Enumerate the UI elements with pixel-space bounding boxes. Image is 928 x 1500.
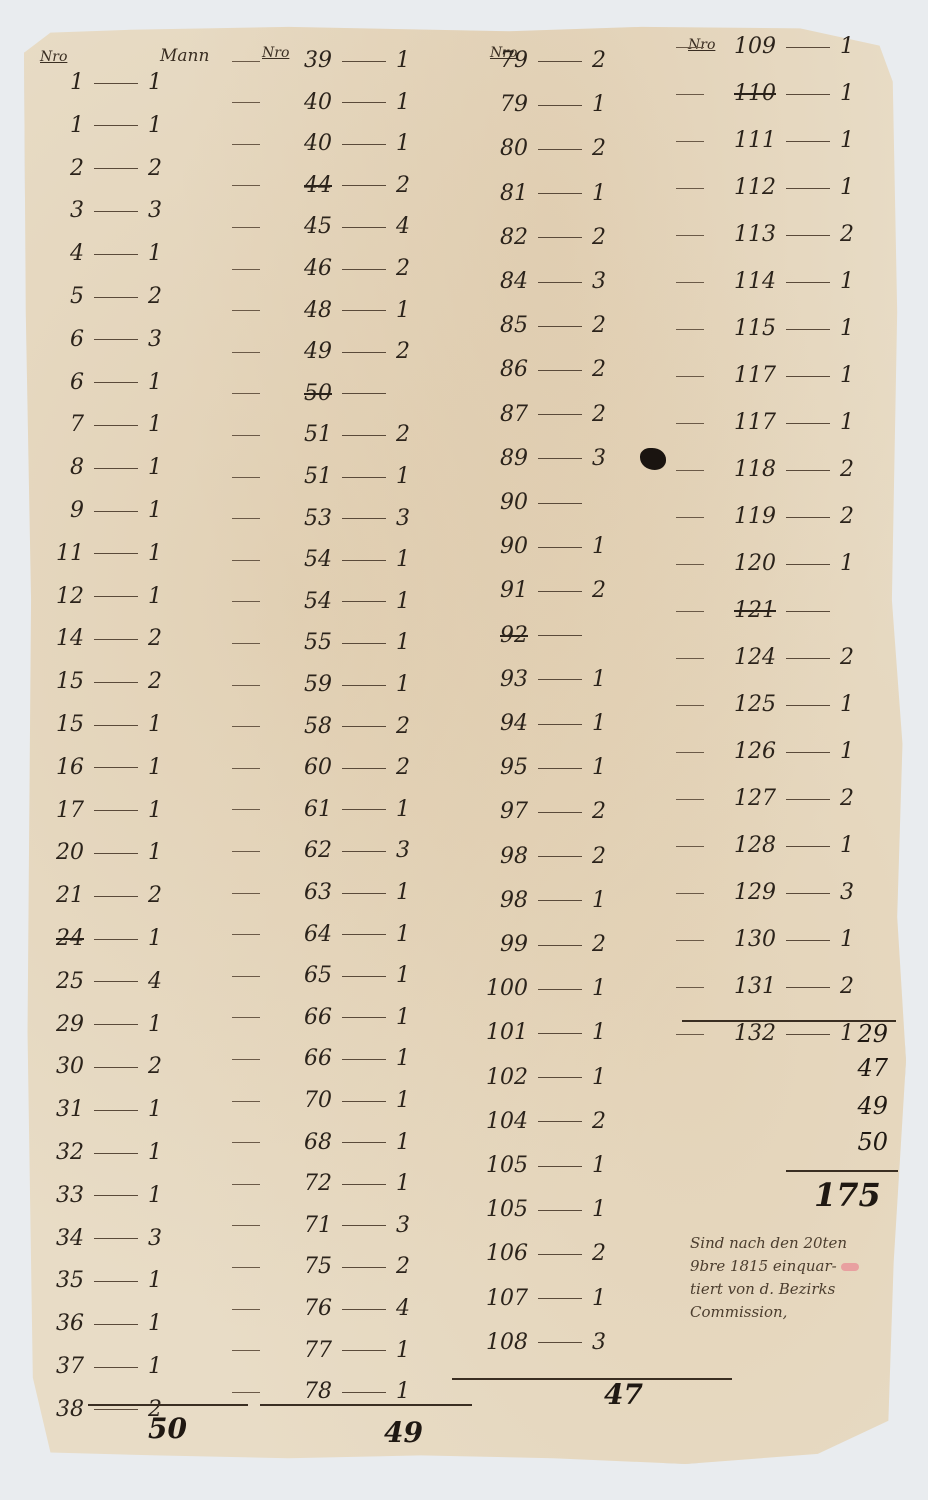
separator-dash bbox=[342, 61, 386, 62]
ledger-entry: 351 bbox=[20, 1268, 170, 1293]
note-line-3: tiert von d. Bezirks bbox=[690, 1278, 900, 1301]
ledger-entry: 1051 bbox=[464, 1153, 614, 1178]
leader-dash bbox=[232, 1059, 260, 1060]
entry-quantity: 4 bbox=[396, 1296, 418, 1321]
separator-dash bbox=[786, 752, 830, 753]
entry-number: 36 bbox=[20, 1311, 84, 1336]
separator-dash bbox=[538, 1077, 582, 1078]
entry-quantity: 1 bbox=[840, 269, 862, 294]
entry-quantity: 2 bbox=[148, 156, 170, 181]
entry-quantity: 1 bbox=[396, 1046, 418, 1071]
entry-quantity: 2 bbox=[396, 339, 418, 364]
ledger-entry: 811 bbox=[464, 181, 614, 206]
entry-quantity: 1 bbox=[592, 667, 614, 692]
entry-quantity: 1 bbox=[592, 1065, 614, 1090]
leader-dash bbox=[232, 685, 260, 686]
entry-quantity: 1 bbox=[396, 1005, 418, 1030]
entry-quantity: 1 bbox=[148, 755, 170, 780]
entry-number: 111 bbox=[712, 128, 776, 153]
separator-dash bbox=[538, 989, 582, 990]
entry-number: 110 bbox=[712, 81, 776, 106]
separator-dash bbox=[342, 1142, 386, 1143]
ledger-entry: 11 bbox=[20, 113, 170, 138]
separator-dash bbox=[538, 414, 582, 415]
ledger-entry: 241 bbox=[20, 926, 170, 951]
entry-number: 115 bbox=[712, 316, 776, 341]
ledger-entry: 1042 bbox=[464, 1109, 614, 1134]
leader-dash bbox=[232, 352, 260, 353]
leader-dash bbox=[232, 601, 260, 602]
ledger-entry: 1312 bbox=[676, 974, 862, 999]
entry-quantity: 1 bbox=[840, 692, 862, 717]
entry-quantity: 2 bbox=[592, 136, 614, 161]
separator-dash bbox=[342, 269, 386, 270]
separator-dash bbox=[342, 893, 386, 894]
separator-dash bbox=[94, 425, 138, 426]
entry-number: 126 bbox=[712, 739, 776, 764]
ledger-entry: 631 bbox=[232, 880, 418, 905]
leader-dash bbox=[232, 227, 260, 228]
ledger-entry: 713 bbox=[232, 1213, 418, 1238]
entry-number: 79 bbox=[464, 48, 528, 73]
entry-quantity: 1 bbox=[396, 922, 418, 947]
entry-number: 109 bbox=[712, 34, 776, 59]
entry-number: 6 bbox=[20, 370, 84, 395]
entry-number: 86 bbox=[464, 357, 528, 382]
ledger-entry: 591 bbox=[232, 672, 418, 697]
separator-dash bbox=[94, 896, 138, 897]
entry-number: 51 bbox=[268, 464, 332, 489]
entry-number: 39 bbox=[268, 48, 332, 73]
separator-dash bbox=[538, 1298, 582, 1299]
entry-quantity: 1 bbox=[592, 1153, 614, 1178]
entry-number: 63 bbox=[268, 880, 332, 905]
separator-dash bbox=[786, 235, 830, 236]
separator-dash bbox=[342, 477, 386, 478]
ledger-entry: 52 bbox=[20, 284, 170, 309]
entry-quantity: 1 bbox=[148, 840, 170, 865]
ledger-entry: 1062 bbox=[464, 1241, 614, 1266]
subtotal-col2: 49 bbox=[857, 1092, 888, 1120]
ledger-entry: 843 bbox=[464, 269, 614, 294]
leader-dash bbox=[232, 1184, 260, 1185]
separator-dash bbox=[94, 1281, 138, 1282]
separator-dash bbox=[786, 329, 830, 330]
entry-number: 49 bbox=[268, 339, 332, 364]
ledger-entry: 1141 bbox=[676, 269, 862, 294]
leader-dash bbox=[232, 934, 260, 935]
ledger-entry: 1182 bbox=[676, 457, 862, 482]
red-stamp-mark bbox=[841, 1263, 859, 1271]
entry-quantity: 1 bbox=[840, 551, 862, 576]
separator-dash bbox=[94, 1067, 138, 1068]
ledger-entry: 151 bbox=[20, 712, 170, 737]
ledger-entry: 161 bbox=[20, 755, 170, 780]
col1-total-rule bbox=[88, 1404, 248, 1406]
separator-dash bbox=[94, 1238, 138, 1239]
entry-quantity: 1 bbox=[396, 131, 418, 156]
ledger-entry: 454 bbox=[232, 214, 418, 239]
entry-quantity: 2 bbox=[148, 883, 170, 908]
entry-quantity: 1 bbox=[396, 797, 418, 822]
entry-number: 81 bbox=[464, 181, 528, 206]
ledger-entry: 254 bbox=[20, 969, 170, 994]
entry-quantity: 2 bbox=[396, 1254, 418, 1279]
ledger-entry: 90 bbox=[464, 490, 614, 515]
separator-dash bbox=[342, 1309, 386, 1310]
entry-quantity: 1 bbox=[148, 455, 170, 480]
ledger-entry: 623 bbox=[232, 838, 418, 863]
separator-dash bbox=[342, 518, 386, 519]
entry-quantity: 2 bbox=[592, 799, 614, 824]
ledger-entry: 912 bbox=[464, 578, 614, 603]
entry-quantity: 2 bbox=[592, 225, 614, 250]
separator-dash bbox=[342, 976, 386, 977]
leader-dash bbox=[676, 47, 704, 48]
ledger-entry: 792 bbox=[464, 48, 614, 73]
separator-dash bbox=[538, 149, 582, 150]
entry-quantity: 1 bbox=[840, 739, 862, 764]
entry-quantity: 1 bbox=[396, 464, 418, 489]
entry-quantity: 1 bbox=[592, 1020, 614, 1045]
entry-number: 127 bbox=[712, 786, 776, 811]
entry-quantity: 1 bbox=[396, 880, 418, 905]
leader-dash bbox=[676, 470, 704, 471]
leader-dash bbox=[232, 768, 260, 769]
entry-quantity: 1 bbox=[148, 584, 170, 609]
entry-number: 125 bbox=[712, 692, 776, 717]
entry-quantity: 1 bbox=[396, 90, 418, 115]
entry-quantity: 2 bbox=[592, 578, 614, 603]
separator-dash bbox=[94, 767, 138, 768]
separator-dash bbox=[342, 435, 386, 436]
separator-dash bbox=[538, 1033, 582, 1034]
ledger-entry: 1192 bbox=[676, 504, 862, 529]
separator-dash bbox=[94, 596, 138, 597]
ledger-entry: 361 bbox=[20, 1311, 170, 1336]
entry-number: 121 bbox=[712, 598, 776, 623]
ledger-entry: 582 bbox=[232, 714, 418, 739]
entry-quantity: 3 bbox=[396, 1213, 418, 1238]
entry-quantity: 2 bbox=[396, 173, 418, 198]
entry-quantity: 1 bbox=[840, 410, 862, 435]
entry-quantity: 1 bbox=[592, 976, 614, 1001]
entry-quantity: 1 bbox=[396, 672, 418, 697]
separator-dash bbox=[342, 1350, 386, 1351]
separator-dash bbox=[786, 517, 830, 518]
entry-quantity: 2 bbox=[148, 626, 170, 651]
entry-number: 50 bbox=[268, 381, 332, 406]
entry-quantity: 1 bbox=[148, 70, 170, 95]
ledger-entry: 63 bbox=[20, 327, 170, 352]
separator-dash bbox=[342, 1267, 386, 1268]
separator-dash bbox=[538, 61, 582, 62]
entry-number: 105 bbox=[464, 1197, 528, 1222]
separator-dash bbox=[94, 725, 138, 726]
entry-number: 54 bbox=[268, 547, 332, 572]
entry-quantity: 2 bbox=[148, 1054, 170, 1079]
separator-dash bbox=[94, 168, 138, 169]
separator-dash bbox=[786, 705, 830, 706]
leader-dash bbox=[232, 518, 260, 519]
ledger-entry: 641 bbox=[232, 922, 418, 947]
entry-quantity: 1 bbox=[396, 630, 418, 655]
leader-dash bbox=[232, 1142, 260, 1143]
entry-number: 113 bbox=[712, 222, 776, 247]
ledger-entry: 721 bbox=[232, 1171, 418, 1196]
ledger-entry: 1301 bbox=[676, 927, 862, 952]
entry-quantity: 2 bbox=[148, 284, 170, 309]
ledger-entry: 81 bbox=[20, 455, 170, 480]
ink-blot bbox=[640, 448, 666, 470]
entry-quantity: 2 bbox=[592, 402, 614, 427]
ledger-entry: 401 bbox=[232, 90, 418, 115]
separator-dash bbox=[538, 591, 582, 592]
ledger-entry: 1171 bbox=[676, 363, 862, 388]
entry-number: 59 bbox=[268, 672, 332, 697]
entry-quantity: 1 bbox=[148, 712, 170, 737]
separator-dash bbox=[538, 1121, 582, 1122]
entry-quantity: 2 bbox=[592, 844, 614, 869]
leader-dash bbox=[232, 435, 260, 436]
leader-dash bbox=[232, 102, 260, 103]
ledger-entry: 661 bbox=[232, 1046, 418, 1071]
entry-number: 94 bbox=[464, 711, 528, 736]
entry-quantity: 1 bbox=[840, 833, 862, 858]
ledger-entry: 321 bbox=[20, 1140, 170, 1165]
entry-number: 130 bbox=[712, 927, 776, 952]
entry-number: 132 bbox=[712, 1021, 776, 1046]
ledger-entry: 541 bbox=[232, 589, 418, 614]
entry-quantity: 1 bbox=[148, 926, 170, 951]
separator-dash bbox=[342, 768, 386, 769]
entry-number: 64 bbox=[268, 922, 332, 947]
ledger-entry: 1111 bbox=[676, 128, 862, 153]
separator-dash bbox=[342, 1059, 386, 1060]
entry-number: 46 bbox=[268, 256, 332, 281]
entry-number: 51 bbox=[268, 422, 332, 447]
ledger-entry: 872 bbox=[464, 402, 614, 427]
entry-number: 128 bbox=[712, 833, 776, 858]
note-line-4: Commission, bbox=[690, 1301, 900, 1324]
entry-quantity: 2 bbox=[592, 1109, 614, 1134]
separator-dash bbox=[342, 227, 386, 228]
entry-number: 33 bbox=[20, 1183, 84, 1208]
entry-quantity: 3 bbox=[148, 1226, 170, 1251]
entry-number: 129 bbox=[712, 880, 776, 905]
ledger-entry: 781 bbox=[232, 1379, 418, 1404]
entry-quantity: 1 bbox=[396, 298, 418, 323]
entry-quantity: 1 bbox=[592, 1197, 614, 1222]
separator-dash bbox=[94, 297, 138, 298]
subtotal-col3: 47 bbox=[857, 1054, 888, 1082]
entry-quantity: 3 bbox=[148, 327, 170, 352]
leader-dash bbox=[232, 310, 260, 311]
entry-quantity: 3 bbox=[592, 269, 614, 294]
grand-total-rule bbox=[786, 1170, 898, 1172]
separator-dash bbox=[538, 282, 582, 283]
separator-dash bbox=[786, 141, 830, 142]
entry-quantity: 1 bbox=[396, 589, 418, 614]
entry-number: 90 bbox=[464, 490, 528, 515]
entry-quantity: 1 bbox=[840, 363, 862, 388]
separator-dash bbox=[342, 393, 386, 394]
leader-dash bbox=[676, 94, 704, 95]
entry-quantity: 2 bbox=[840, 457, 862, 482]
separator-dash bbox=[538, 237, 582, 238]
ledger-entry: 681 bbox=[232, 1130, 418, 1155]
entry-number: 31 bbox=[20, 1097, 84, 1122]
entry-number: 15 bbox=[20, 712, 84, 737]
note-line-1: Sind nach den 20ten bbox=[690, 1232, 900, 1255]
ledger-entry: 511 bbox=[232, 464, 418, 489]
entry-number: 61 bbox=[268, 797, 332, 822]
entry-quantity: 1 bbox=[148, 1311, 170, 1336]
leader-dash bbox=[676, 376, 704, 377]
ledger-entry: 1251 bbox=[676, 692, 862, 717]
ledger-entry: 791 bbox=[464, 92, 614, 117]
subtotal-col1: 50 bbox=[857, 1128, 888, 1156]
ledger-entry: 822 bbox=[464, 225, 614, 250]
separator-dash bbox=[94, 83, 138, 84]
entry-number: 97 bbox=[464, 799, 528, 824]
leader-dash bbox=[676, 141, 704, 142]
separator-dash bbox=[786, 282, 830, 283]
entry-number: 76 bbox=[268, 1296, 332, 1321]
entry-quantity: 1 bbox=[840, 128, 862, 153]
entry-number: 114 bbox=[712, 269, 776, 294]
entry-number: 9 bbox=[20, 498, 84, 523]
entry-number: 75 bbox=[268, 1254, 332, 1279]
entry-number: 48 bbox=[268, 298, 332, 323]
ledger-entry: 61 bbox=[20, 370, 170, 395]
entry-number: 117 bbox=[712, 410, 776, 435]
separator-dash bbox=[94, 254, 138, 255]
separator-dash bbox=[538, 724, 582, 725]
separator-dash bbox=[786, 376, 830, 377]
entry-number: 11 bbox=[20, 541, 84, 566]
leader-dash bbox=[676, 282, 704, 283]
separator-dash bbox=[538, 900, 582, 901]
ledger-entry: 401 bbox=[232, 131, 418, 156]
entry-number: 66 bbox=[268, 1005, 332, 1030]
ledger-entry: 331 bbox=[20, 1183, 170, 1208]
subtotal-col4: 29 bbox=[857, 1020, 888, 1048]
ledger-entry: 111 bbox=[20, 541, 170, 566]
annotation-note: Sind nach den 20ten 9bre 1815 einquar- t… bbox=[690, 1232, 900, 1324]
ledger-entry: 1242 bbox=[676, 645, 862, 670]
entry-quantity: 3 bbox=[148, 198, 170, 223]
entry-quantity: 1 bbox=[840, 81, 862, 106]
entry-quantity: 1 bbox=[396, 1088, 418, 1113]
ledger-entry: 972 bbox=[464, 799, 614, 824]
separator-dash bbox=[342, 601, 386, 602]
separator-dash bbox=[342, 185, 386, 186]
separator-dash bbox=[538, 547, 582, 548]
entry-number: 106 bbox=[464, 1241, 528, 1266]
leader-dash bbox=[676, 611, 704, 612]
leader-dash bbox=[676, 423, 704, 424]
entry-number: 60 bbox=[268, 755, 332, 780]
separator-dash bbox=[538, 193, 582, 194]
ledger-entry: 941 bbox=[464, 711, 614, 736]
entry-quantity: 1 bbox=[396, 1338, 418, 1363]
ledger-entry: 152 bbox=[20, 669, 170, 694]
ledger-entry: 1281 bbox=[676, 833, 862, 858]
entry-quantity: 1 bbox=[148, 241, 170, 266]
entry-number: 99 bbox=[464, 932, 528, 957]
ledger-entry: 1051 bbox=[464, 1197, 614, 1222]
ledger-entry: 391 bbox=[232, 48, 418, 73]
ledger-entry: 951 bbox=[464, 755, 614, 780]
ledger-entry: 901 bbox=[464, 534, 614, 559]
entry-number: 77 bbox=[268, 1338, 332, 1363]
ledger-entry: 771 bbox=[232, 1338, 418, 1363]
leader-dash bbox=[232, 893, 260, 894]
ledger-entry: 50 bbox=[232, 381, 418, 406]
entry-number: 70 bbox=[268, 1088, 332, 1113]
leader-dash bbox=[232, 185, 260, 186]
entry-number: 85 bbox=[464, 313, 528, 338]
leader-dash bbox=[232, 1350, 260, 1351]
ledger-entry: 171 bbox=[20, 798, 170, 823]
entry-number: 12 bbox=[20, 584, 84, 609]
leader-dash bbox=[232, 809, 260, 810]
entry-number: 107 bbox=[464, 1286, 528, 1311]
ledger-entry: 11 bbox=[20, 70, 170, 95]
entry-quantity: 3 bbox=[396, 838, 418, 863]
leader-dash bbox=[232, 144, 260, 145]
col1-header-number: Nro bbox=[40, 46, 67, 66]
entry-quantity: 1 bbox=[592, 711, 614, 736]
separator-dash bbox=[94, 682, 138, 683]
leader-dash bbox=[232, 726, 260, 727]
separator-dash bbox=[538, 458, 582, 459]
entry-number: 24 bbox=[20, 926, 84, 951]
entry-number: 4 bbox=[20, 241, 84, 266]
ledger-entry: 1201 bbox=[676, 551, 862, 576]
ledger-entry: 752 bbox=[232, 1254, 418, 1279]
ledger-entry: 41 bbox=[20, 241, 170, 266]
col2-total: 49 bbox=[384, 1416, 423, 1449]
ledger-entry: 142 bbox=[20, 626, 170, 651]
entry-number: 91 bbox=[464, 578, 528, 603]
entry-quantity: 1 bbox=[396, 963, 418, 988]
entry-number: 119 bbox=[712, 504, 776, 529]
entry-number: 40 bbox=[268, 131, 332, 156]
separator-dash bbox=[94, 211, 138, 212]
entry-quantity: 2 bbox=[148, 669, 170, 694]
entry-number: 108 bbox=[464, 1330, 528, 1355]
separator-dash bbox=[342, 560, 386, 561]
ledger-entry: 981 bbox=[464, 888, 614, 913]
ledger-entry: 71 bbox=[20, 412, 170, 437]
leader-dash bbox=[676, 846, 704, 847]
separator-dash bbox=[538, 768, 582, 769]
entry-quantity: 4 bbox=[396, 214, 418, 239]
entry-number: 3 bbox=[20, 198, 84, 223]
entry-quantity: 1 bbox=[148, 1012, 170, 1037]
entry-number: 44 bbox=[268, 173, 332, 198]
entry-quantity: 1 bbox=[148, 1097, 170, 1122]
entry-quantity: 2 bbox=[396, 422, 418, 447]
entry-quantity: 2 bbox=[592, 932, 614, 957]
leader-dash bbox=[232, 560, 260, 561]
separator-dash bbox=[786, 893, 830, 894]
ledger-entry: 533 bbox=[232, 506, 418, 531]
entry-number: 15 bbox=[20, 669, 84, 694]
entry-number: 40 bbox=[268, 90, 332, 115]
